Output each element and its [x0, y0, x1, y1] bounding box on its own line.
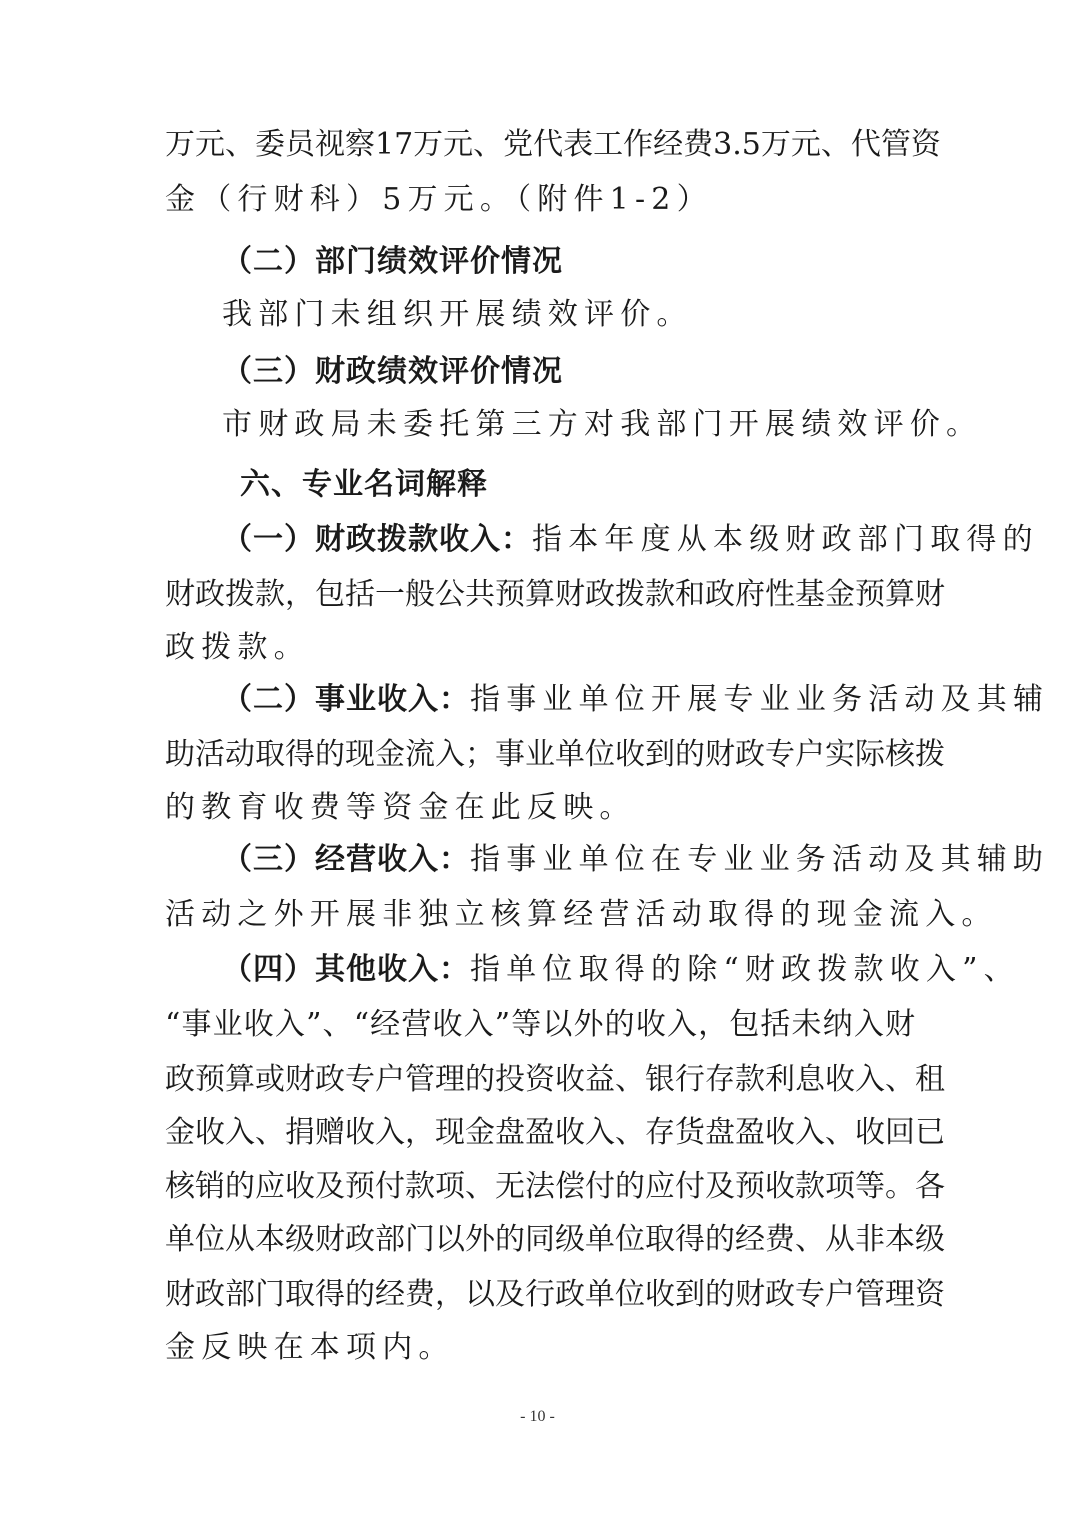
paragraph-line: 财政部门取得的经费，以及行政单位收到的财政专户管理资	[165, 1275, 915, 1315]
paragraph-line: 金（行财科）5万元。（附件1-2）	[165, 180, 915, 220]
paragraph-line: 核销的应收及预付款项、无法偿付的应付及预收款项等。各	[165, 1167, 915, 1207]
term-definition: 指事业单位在专业业务活动及其辅助	[470, 842, 1049, 877]
term-paragraph-first-line: （二）事业收入：指事业单位开展专业业务活动及其辅	[222, 680, 915, 720]
document-page: 万元、委员视察17万元、党代表工作经费3.5万元、代管资 金（行财科）5万元。（…	[0, 0, 1075, 1520]
section-heading: （二）部门绩效评价情况	[222, 242, 972, 282]
term-definition: 指单位取得的除“财政拨款收入”、	[470, 952, 1020, 987]
term-definition: 指事业单位开展专业业务活动及其辅	[470, 682, 1049, 717]
term-paragraph-first-line: （三）经营收入：指事业单位在专业业务活动及其辅助	[222, 840, 915, 880]
paragraph-line: 金反映在本项内。	[165, 1328, 915, 1368]
page-number: - 10 -	[0, 1408, 1075, 1426]
chapter-heading: 六、专业名词解释	[240, 465, 990, 505]
section-body: 市财政局未委托第三方对我部门开展绩效评价。	[222, 405, 915, 445]
paragraph-line: 助活动取得的现金流入；事业单位收到的财政专户实际核拨	[165, 735, 915, 775]
paragraph-line: 政预算或财政专户管理的投资收益、银行存款利息收入、租	[165, 1060, 915, 1100]
term-paragraph-first-line: （一）财政拨款收入：指本年度从本级财政部门取得的	[222, 520, 915, 560]
paragraph-line: 万元、委员视察17万元、党代表工作经费3.5万元、代管资	[165, 125, 915, 165]
term-label: （一）财政拨款收入：	[222, 522, 532, 557]
term-definition: 指本年度从本级财政部门取得的	[532, 522, 1039, 557]
paragraph-line: 财政拨款，包括一般公共预算财政拨款和政府性基金预算财	[165, 575, 915, 615]
term-paragraph-first-line: （四）其他收入：指单位取得的除“财政拨款收入”、	[222, 950, 915, 990]
section-body: 我部门未组织开展绩效评价。	[222, 295, 915, 335]
paragraph-line: 单位从本级财政部门以外的同级单位取得的经费、从非本级	[165, 1220, 915, 1260]
term-label: （三）经营收入：	[222, 842, 470, 877]
paragraph-line: 金收入、捐赠收入，现金盘盈收入、存货盘盈收入、收回已	[165, 1113, 915, 1153]
term-label: （四）其他收入：	[222, 952, 470, 987]
paragraph-line: “事业收入”、“经营收入”等以外的收入，包括未纳入财	[165, 1005, 915, 1045]
paragraph-line: 的教育收费等资金在此反映。	[165, 788, 915, 828]
paragraph-line: 活动之外开展非独立核算经营活动取得的现金流入。	[165, 895, 915, 935]
section-heading: （三）财政绩效评价情况	[222, 352, 972, 392]
term-label: （二）事业收入：	[222, 682, 470, 717]
paragraph-line: 政拨款。	[165, 628, 915, 668]
